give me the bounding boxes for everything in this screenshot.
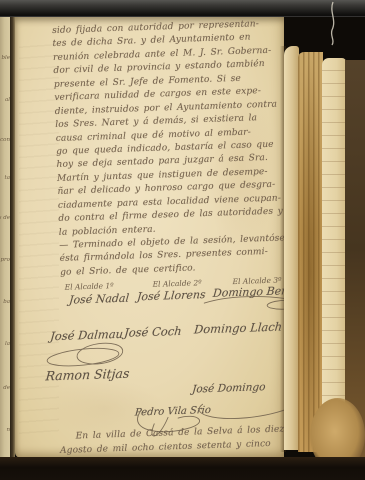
table-shadow-bar <box>0 457 365 480</box>
facing-page-sliver: ble al con ta s de pro ba la de n <box>0 17 10 459</box>
signature-jose-llorens: José Llorens <box>136 288 206 303</box>
signature-jose-dalmau: José Dalmau <box>50 327 124 343</box>
facing-text-fragment: de <box>3 385 10 391</box>
signature-jose-nadal: José Nadal <box>69 292 130 307</box>
alcalde-2-label: El Alcalde 2º <box>152 278 201 289</box>
facing-text-fragment: ble <box>1 55 10 61</box>
book-top-shadow-bar <box>0 0 365 17</box>
page-edge-band <box>284 46 299 450</box>
facing-text-fragment: pro <box>1 257 10 263</box>
facing-text-fragment: con <box>0 137 10 143</box>
book-fore-edge <box>284 0 365 480</box>
page-edge-band-ruled <box>322 58 346 454</box>
signature-jose-coch: José Coch <box>124 324 183 340</box>
facing-text-fragment: s de <box>0 215 10 221</box>
bookmark-thread <box>325 0 345 46</box>
handwritten-text-block: sido fijada con autoridad por representa… <box>52 18 302 454</box>
dalmau-rubric-loop <box>76 341 124 367</box>
facing-text-fragment: ba <box>3 299 10 305</box>
alcalde-1-label: El Alcalde 1º <box>65 281 114 292</box>
photographed-manuscript-page: ble al con ta s de pro ba la de n sido f… <box>0 0 365 480</box>
signature-domingo-llach: Domingo Llach <box>194 320 283 337</box>
signature-ramon-sitjas: Ramon Sitjas <box>45 366 130 384</box>
signature-jose-domingo: José Domingo <box>192 381 266 395</box>
manuscript-page: sido fijada con autoridad por representa… <box>15 17 286 458</box>
signature-pedro-vila-secretario: Pedro Vila Srio <box>134 405 211 419</box>
page-edge-band-streaked <box>298 52 323 452</box>
